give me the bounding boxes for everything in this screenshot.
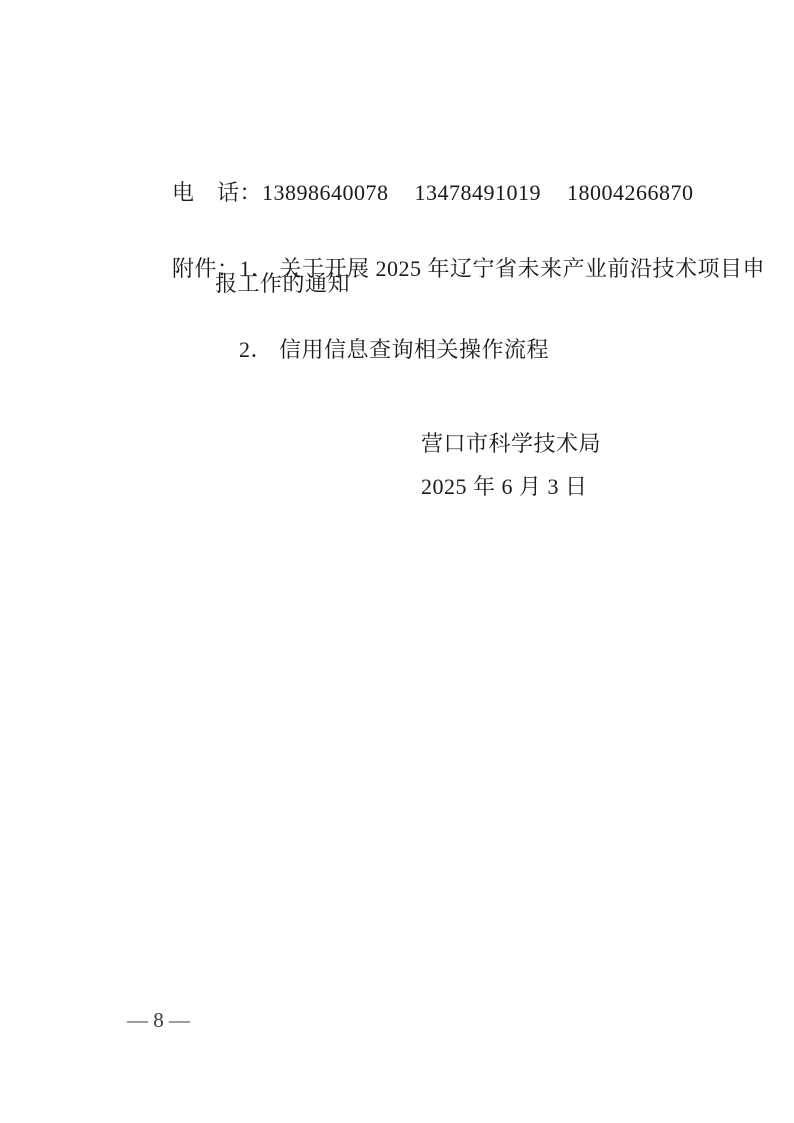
attachment-item-2-title: 信用信息查询相关操作流程 (279, 337, 549, 362)
document-page: 电 话：138986400781347849101918004266870 附件… (0, 0, 794, 1123)
attachment-item-1-title-part-2: 报工作的通知 (215, 271, 350, 297)
phone-number-3: 18004266870 (567, 180, 694, 205)
signature-agency: 营口市科学技术局 (421, 431, 601, 457)
signature-date: 2025 年 6 月 3 日 (421, 474, 588, 500)
attachment-item-2-number: 2． (239, 337, 273, 362)
footer-page-number: — 8 — (127, 1007, 190, 1033)
phone-label: 电 话： (172, 180, 262, 205)
phone-number-2: 13478491019 (415, 180, 542, 205)
phone-number-1: 13898640078 (262, 180, 389, 205)
attachments-line-3: 2．信用信息查询相关操作流程 (215, 311, 549, 389)
contact-phone-line: 电 话：138986400781347849101918004266870 (148, 154, 694, 232)
attachment-item-1-title-part-1: 关于开展 2025 年辽宁省未来产业前沿技术项目申 (280, 256, 766, 281)
